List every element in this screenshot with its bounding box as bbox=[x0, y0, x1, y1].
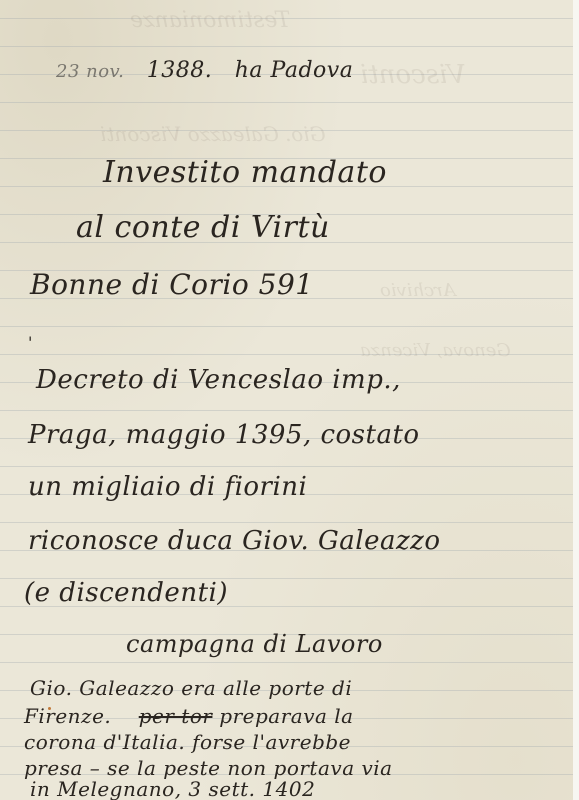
note-line: in Melegnano, 3 sett. 1402 bbox=[30, 777, 315, 800]
body-line: Praga, maggio 1395, costato bbox=[28, 420, 420, 450]
ruled-line bbox=[0, 662, 573, 663]
date-line: 23 nov. 1388. ha Padova bbox=[56, 58, 353, 83]
ink-spot bbox=[48, 707, 51, 710]
bleed-through-text: Gio. Galeazzo Visconti bbox=[100, 122, 326, 146]
year: 1388. bbox=[147, 58, 212, 83]
body-line: Decreto di Venceslao imp., bbox=[36, 365, 401, 395]
ruled-line bbox=[0, 102, 573, 103]
note-line: corona d'Italia. forse l'avrebbe bbox=[24, 730, 351, 754]
ruled-line bbox=[0, 522, 573, 523]
note-line: Firenze. per tor preparava la bbox=[24, 704, 354, 728]
note-heading: campagna di Lavoro bbox=[126, 630, 383, 658]
page-edge bbox=[573, 0, 579, 800]
ruled-line bbox=[0, 46, 573, 47]
bleed-through-text: Testimonianze bbox=[130, 8, 290, 33]
ruled-line bbox=[0, 466, 573, 467]
bleed-through-text: Genova, Vicenza bbox=[360, 340, 511, 361]
ruled-line bbox=[0, 326, 573, 327]
title-line-2: al conte di Virtù bbox=[76, 210, 330, 245]
body-line: riconosce duca Giov. Galeazzo bbox=[28, 526, 441, 556]
body-line: un migliaio di fiorini bbox=[28, 472, 307, 502]
body-line: (e discendenti) bbox=[24, 578, 228, 608]
struck-text: per tor bbox=[139, 704, 213, 728]
bleed-through-text: Visconti bbox=[360, 60, 466, 90]
ruled-line bbox=[0, 410, 573, 411]
manuscript-page: Testimonianze Visconti Gio. Galeazzo Vis… bbox=[0, 0, 573, 800]
note-line: Gio. Galeazzo era alle porte di bbox=[30, 676, 352, 700]
reference-line: Bonne di Corio 591 bbox=[30, 268, 314, 301]
date-pencil: 23 nov. bbox=[56, 61, 124, 82]
quote-mark: ' bbox=[28, 333, 33, 352]
place: ha Padova bbox=[235, 58, 354, 83]
title-line-1: Investito mandato bbox=[103, 155, 387, 190]
bleed-through-text: Archivio bbox=[380, 280, 456, 301]
